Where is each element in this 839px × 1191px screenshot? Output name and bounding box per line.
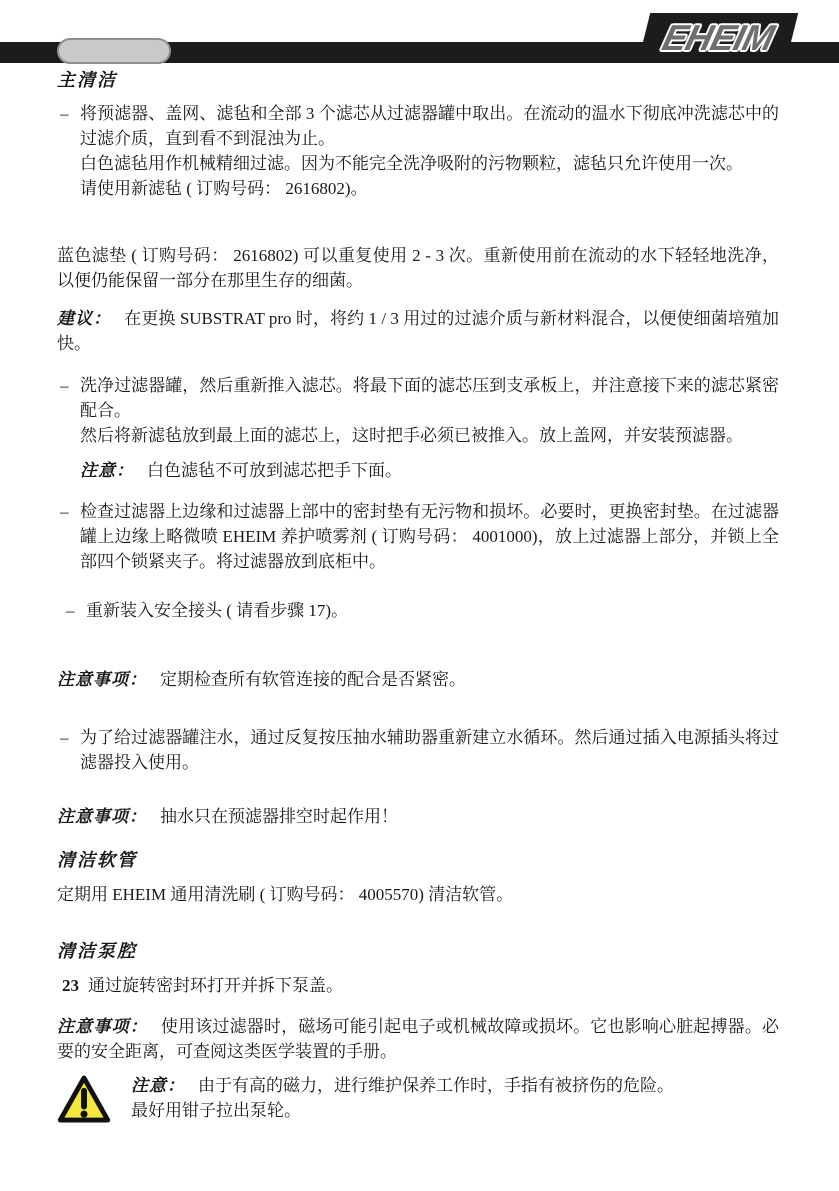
warning-line: 注意：由于有高的磁力，进行维护保养工作时，手指有被挤伤的危险。 [131,1073,779,1098]
paragraph-clean-hoses: 定期用 EHEIM 通用清洗刷 ( 订购号码： 4005570) 清洁软管。 [57,882,779,907]
bullet-text: 将预滤器、盖网、滤毡和全部 3 个滤芯从过滤器罐中取出。在流动的温水下彻底冲洗滤… [80,101,779,151]
step-23: 23 通过旋转密封环打开并拆下泵盖。 [57,973,779,998]
note-hose-connections: 注意事项：定期检查所有软管连接的配合是否紧密。 [57,667,779,692]
page-header: EHEIM [0,0,839,63]
note-text: 定期检查所有软管连接的配合是否紧密。 [160,670,466,689]
eheim-logo-text: EHEIM [659,20,777,56]
warning-box: 注意：由于有高的磁力，进行维护保养工作时，手指有被挤伤的危险。 最好用钳子拉出泵… [57,1073,779,1124]
bullet-text: 请使用新滤毡 ( 订购号码： 2616802)。 [80,176,779,201]
paragraph-blue-pad: 蓝色滤垫 ( 订购号码： 2616802) 可以重复使用 2 - 3 次。重新使… [57,243,779,293]
note-lead: 注意事项： [57,807,147,826]
advice-text: 在更换 SUBSTRAT pro 时，将约 1 / 3 用过的过滤介质与新材料混… [57,309,779,353]
advice-lead: 建议： [57,309,111,328]
warning-text: 注意：由于有高的磁力，进行维护保养工作时，手指有被挤伤的危险。 最好用钳子拉出泵… [131,1073,779,1123]
header-tab-pill [57,38,171,64]
note-magnetic-field: 注意事项：使用该过滤器时，磁场可能引起电子或机械故障或损坏。它也影响心脏起搏器。… [57,1014,779,1064]
note-priming: 注意事项：抽水只在预滤器排空时起作用！ [57,804,779,829]
note-text: 抽水只在预滤器排空时起作用！ [160,807,398,826]
warning-lead: 注意： [131,1076,185,1095]
note-lead: 注意事项： [57,670,147,689]
bullet-dash: – [60,101,69,126]
list-item-reinsert-cartridges: – 洗净过滤器罐，然后重新推入滤芯。将最下面的滤芯压到支承板上，并注意接下来的滤… [57,373,779,448]
list-item-safety-adapter: – 重新装入安全接头 ( 请看步骤 17)。 [63,598,779,623]
heading-clean-pump-chamber: 清洁泵腔 [57,938,779,964]
list-item-check-seal: – 检查过滤器上边缘和过滤器上部中的密封垫有无污物和损坏。必要时，更换密封垫。在… [57,499,779,574]
step-text: 通过旋转密封环打开并拆下泵盖。 [88,973,343,998]
heading-main-cleaning: 主清洁 [57,67,779,93]
bullet-dash: – [60,499,69,524]
list-item-remove-cartridges: – 将预滤器、盖网、滤毡和全部 3 个滤芯从过滤器罐中取出。在流动的温水下彻底冲… [57,101,779,201]
warning-line1-text: 由于有高的磁力，进行维护保养工作时，手指有被挤伤的危险。 [198,1076,674,1095]
warning-triangle-icon [57,1074,111,1124]
bullet-dash: – [66,598,75,623]
bullet-text: 白色滤毡用作机械精细过滤。因为不能完全洗净吸附的污物颗粒，滤毡只允许使用一次。 [80,151,779,176]
note-text: 使用该过滤器时，磁场可能引起电子或机械故障或损坏。它也影响心脏起搏器。必要的安全… [57,1017,779,1061]
bullet-dash: – [60,373,69,398]
heading-clean-hoses: 清洁软管 [57,847,779,873]
bullet-text: 洗净过滤器罐，然后重新推入滤芯。将最下面的滤芯压到支承板上，并注意接下来的滤芯紧… [80,373,779,423]
list-item-prime-filter: – 为了给过滤器罐注水，通过反复按压抽水辅助器重新建立水循环。然后通过插入电源插… [57,725,779,775]
note-lead: 注意事项： [57,1017,148,1036]
note-white-fleece: 注意：白色滤毡不可放到滤芯把手下面。 [80,458,779,483]
step-number: 23 [62,973,79,998]
bullet-text: 为了给过滤器罐注水，通过反复按压抽水辅助器重新建立水循环。然后通过插入电源插头将… [80,725,779,775]
bullet-text: 然后将新滤毡放到最上面的滤芯上，这时把手必须已被推入。放上盖网，并安装预滤器。 [80,423,779,448]
eheim-logo: EHEIM [638,13,798,63]
warning-line: 最好用钳子拉出泵轮。 [131,1098,779,1123]
manual-content: 主清洁 – 将预滤器、盖网、滤毡和全部 3 个滤芯从过滤器罐中取出。在流动的温水… [0,67,839,1124]
bullet-dash: – [60,725,69,750]
note-text: 白色滤毡不可放到滤芯把手下面。 [147,461,402,480]
bullet-text: 重新装入安全接头 ( 请看步骤 17)。 [86,598,779,623]
bullet-text: 检查过滤器上边缘和过滤器上部中的密封垫有无污物和损坏。必要时，更换密封垫。在过滤… [80,499,779,574]
note-lead: 注意： [80,461,134,480]
paragraph-advice: 建议：在更换 SUBSTRAT pro 时，将约 1 / 3 用过的过滤介质与新… [57,306,779,356]
